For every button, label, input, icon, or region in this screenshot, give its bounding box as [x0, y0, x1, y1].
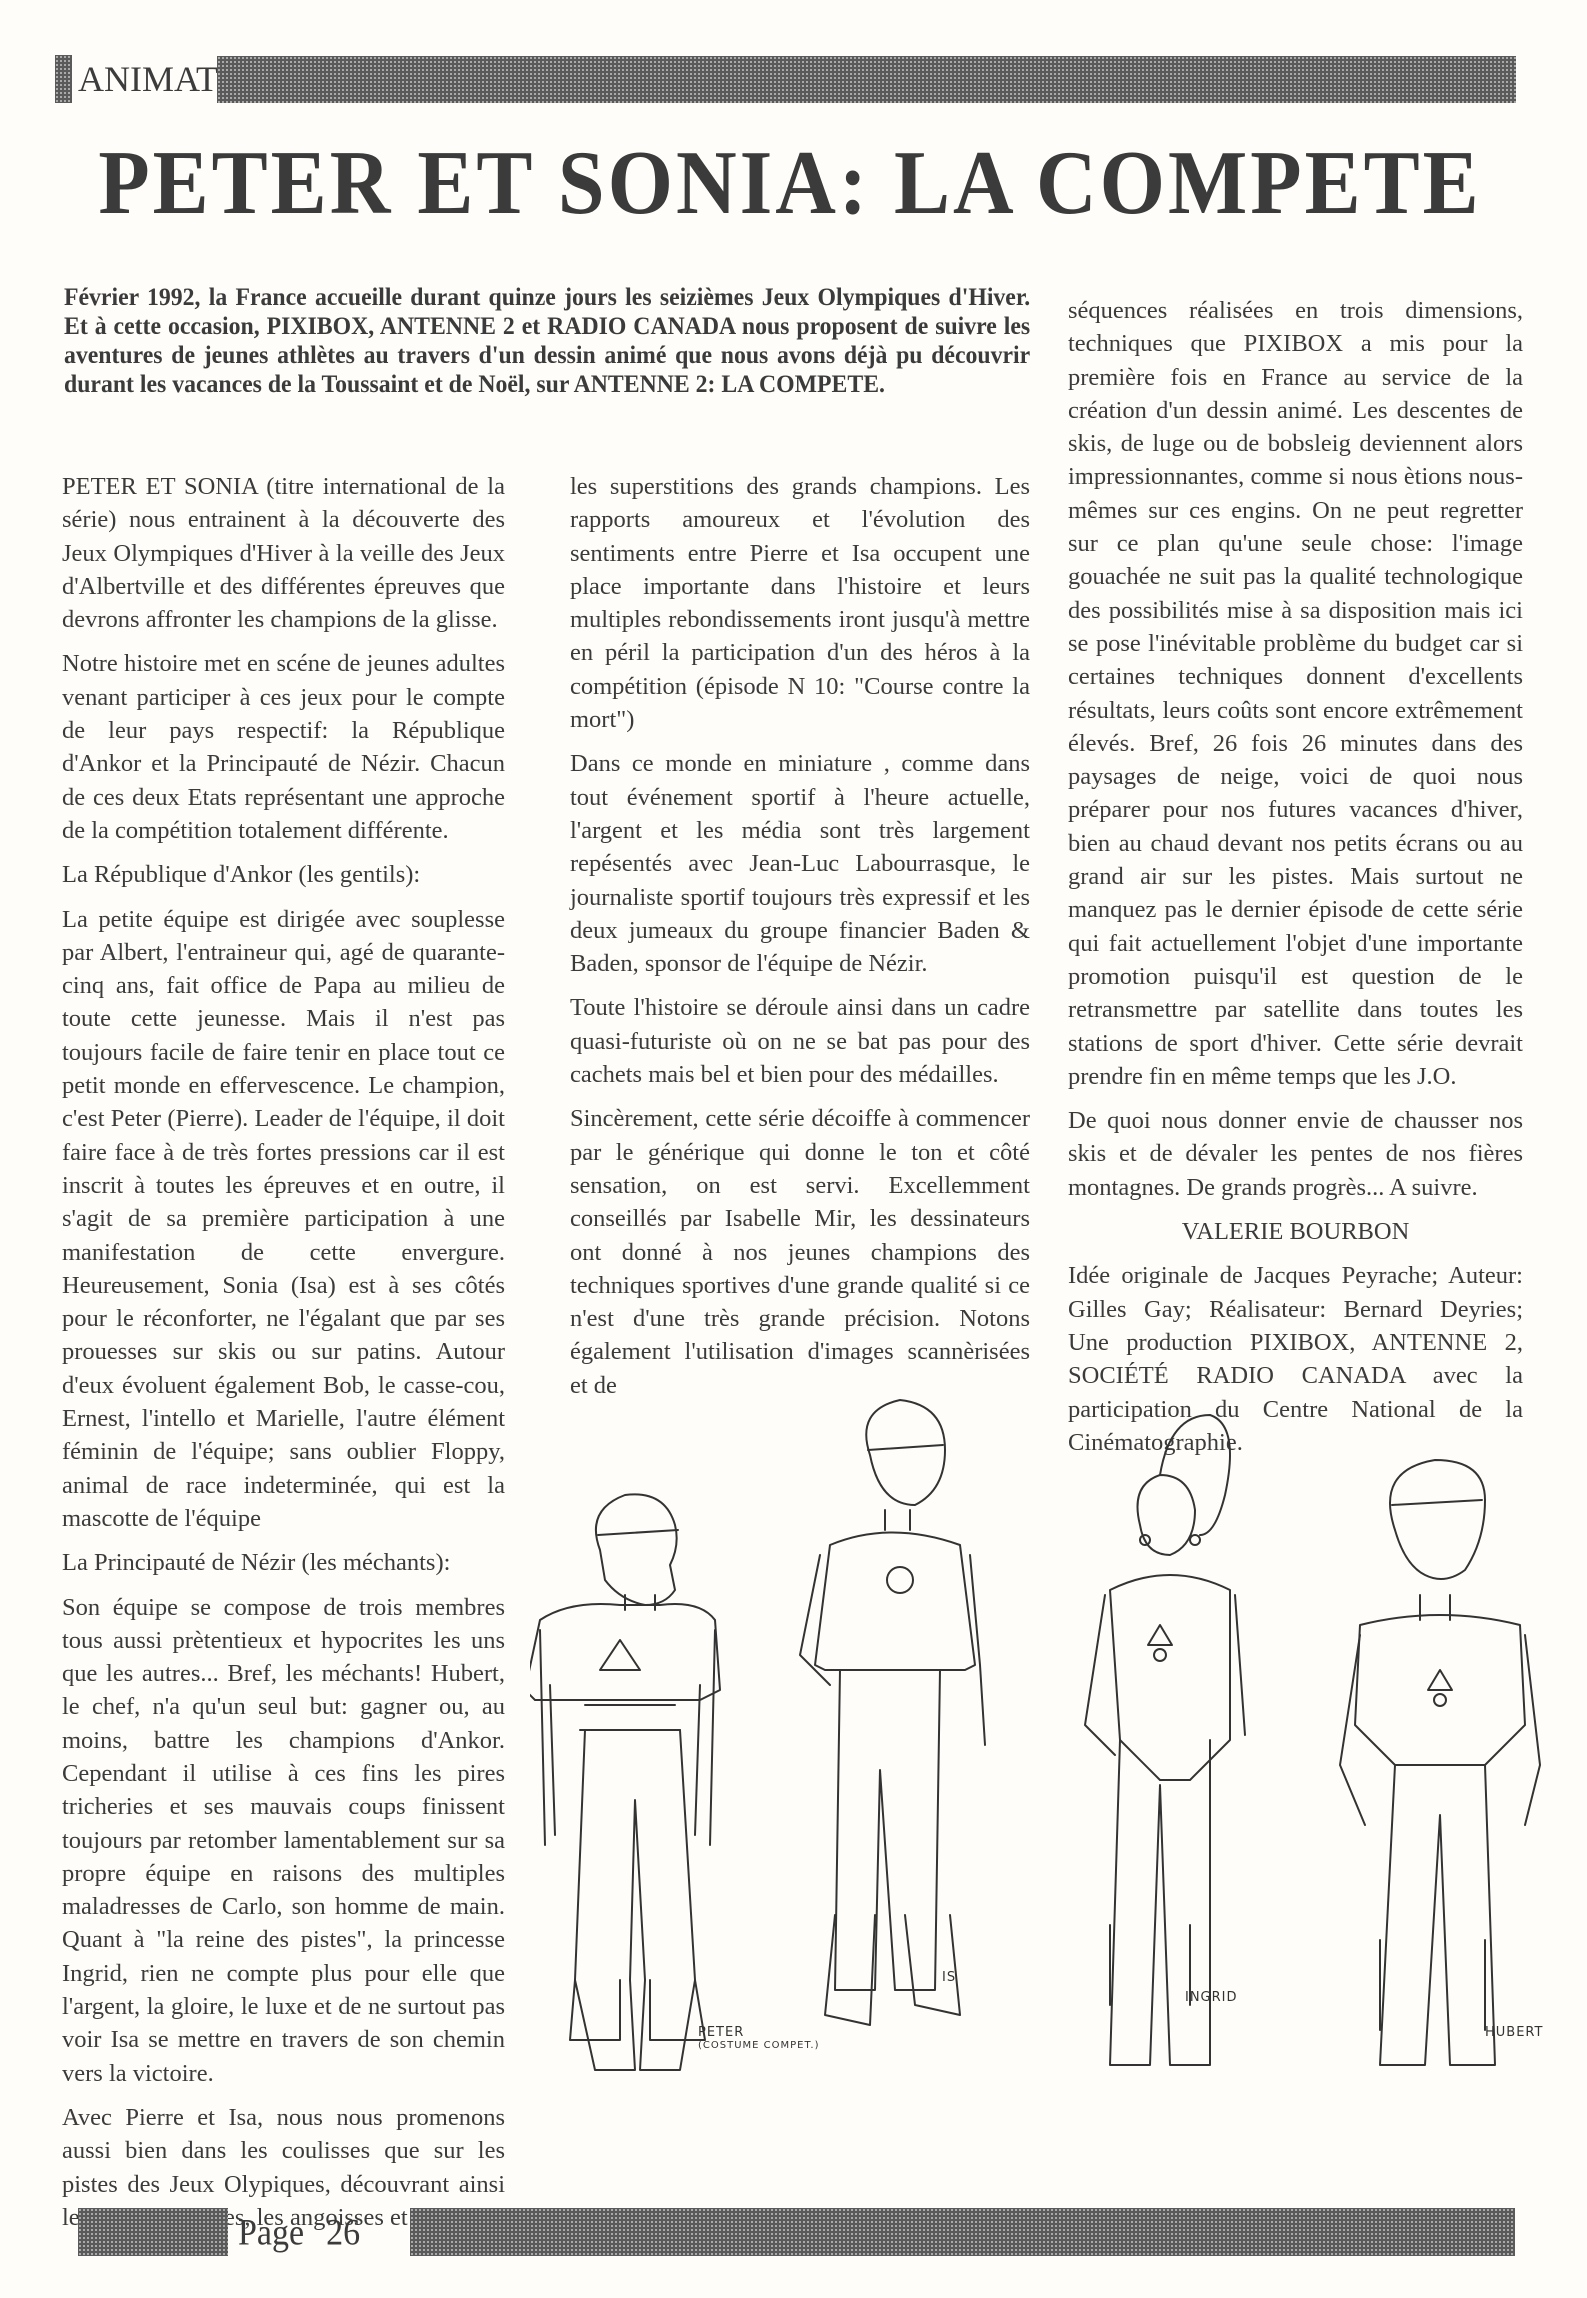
- hubert-figure: [1340, 1460, 1540, 2065]
- paragraph: Sincèrement, cette série décoiffe à comm…: [570, 1102, 1030, 1402]
- paragraph: Toute l'histoire se déroule ainsi dans u…: [570, 991, 1030, 1091]
- header-left-block: [55, 55, 72, 103]
- peter-figure: [530, 1494, 720, 2070]
- ingrid-figure: [1085, 1415, 1245, 2065]
- paragraph: les superstitions des grands champions. …: [570, 470, 1030, 736]
- paragraph: La petite équipe est dirigée avec souple…: [62, 903, 505, 1536]
- ingrid-label: INGRID: [1185, 1990, 1238, 2005]
- isa-figure: [800, 1400, 985, 2025]
- paragraph: PETER ET SONIA (titre international de l…: [62, 470, 505, 636]
- paragraph: Notre histoire met en scéne de jeunes ad…: [62, 647, 505, 847]
- paragraph: séquences réalisées en trois dimensions,…: [1068, 294, 1523, 1093]
- column-2: les superstitions des grands champions. …: [570, 470, 1030, 1413]
- intro-paragraph: Février 1992, la France accueille durant…: [64, 283, 1030, 399]
- page-number: Page26: [238, 2206, 382, 2261]
- subheading: La Principauté de Nézir (les méchants):: [62, 1546, 505, 1579]
- paragraph: Son équipe se compose de trois membres t…: [62, 1591, 505, 2090]
- article-title: PETER ET SONIA: LA COMPETE: [60, 130, 1520, 238]
- header-bar: [217, 56, 1516, 103]
- footer-bar: [410, 2208, 1515, 2256]
- paragraph: De quoi nous donner envie de chausser no…: [1068, 1104, 1523, 1204]
- paragraph: Dans ce monde en miniature , comme dans …: [570, 747, 1030, 980]
- subheading: La République d'Ankor (les gentils):: [62, 858, 505, 891]
- footer-left-block: [78, 2208, 228, 2256]
- column-1: PETER ET SONIA (titre international de l…: [62, 470, 505, 2245]
- column-3: séquences réalisées en trois dimensions,…: [1068, 294, 1523, 1470]
- author-byline: VALERIE BOURBON: [1068, 1215, 1523, 1248]
- isa-label: IS: [942, 1970, 956, 1985]
- peter-label: PETER (COSTUME COMPET.): [698, 2025, 820, 2051]
- character-sheet-illustration: PETER (COSTUME COMPET.) IS INGRID HUBERT: [530, 1395, 1570, 2095]
- hubert-label: HUBERT: [1485, 2025, 1543, 2040]
